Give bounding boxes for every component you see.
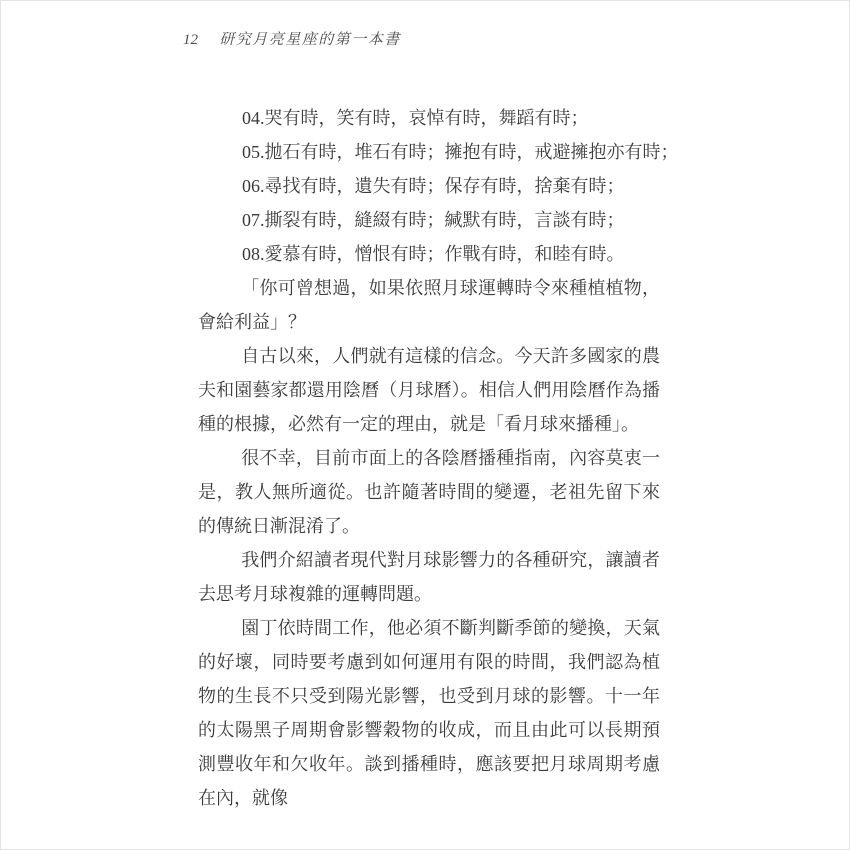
page-header: 12 研究月亮星座的第一本書 — [183, 28, 401, 49]
verse-line-08: 08.愛慕有時，憎恨有時；作戰有時，和睦有時。 — [198, 237, 660, 271]
verse-line-05: 05.拋石有時，堆石有時；擁抱有時，戒避擁抱亦有時； — [198, 135, 660, 169]
verse-line-04: 04.哭有時，笑有時，哀悼有時，舞蹈有時； — [198, 101, 660, 135]
running-title: 研究月亮星座的第一本書 — [219, 32, 401, 48]
paragraph-research: 我們介紹讀者現代對月球影響力的各種研究，讓讀者去思考月球複雜的運轉問題。 — [198, 543, 660, 611]
paragraph-guides: 很不幸，目前市面上的各陰曆播種指南，內容莫衷一是，教人無所適從。也許隨著時間的變… — [198, 441, 660, 543]
verse-line-07: 07.撕裂有時，縫綴有時；緘默有時，言談有時； — [198, 203, 660, 237]
verse-line-06: 06.尋找有時，遺失有時；保存有時，捨棄有時； — [198, 169, 660, 203]
book-page: 12 研究月亮星座的第一本書 04.哭有時，笑有時，哀悼有時，舞蹈有時； 05.… — [0, 0, 850, 850]
paragraph-gardener: 園丁依時間工作，他必須不斷判斷季節的變換，天氣的好壞，同時要考慮到如何運用有限的… — [198, 611, 660, 815]
page-number: 12 — [183, 32, 198, 48]
paragraph-question: 「你可曾想過，如果依照月球運轉時令來種植植物，會給利益」？ — [198, 271, 660, 339]
body-text: 04.哭有時，笑有時，哀悼有時，舞蹈有時； 05.拋石有時，堆石有時；擁抱有時，… — [198, 101, 660, 815]
paragraph-belief: 自古以來，人們就有這樣的信念。今天許多國家的農夫和園藝家都還用陰曆（月球曆）。相… — [198, 339, 660, 441]
